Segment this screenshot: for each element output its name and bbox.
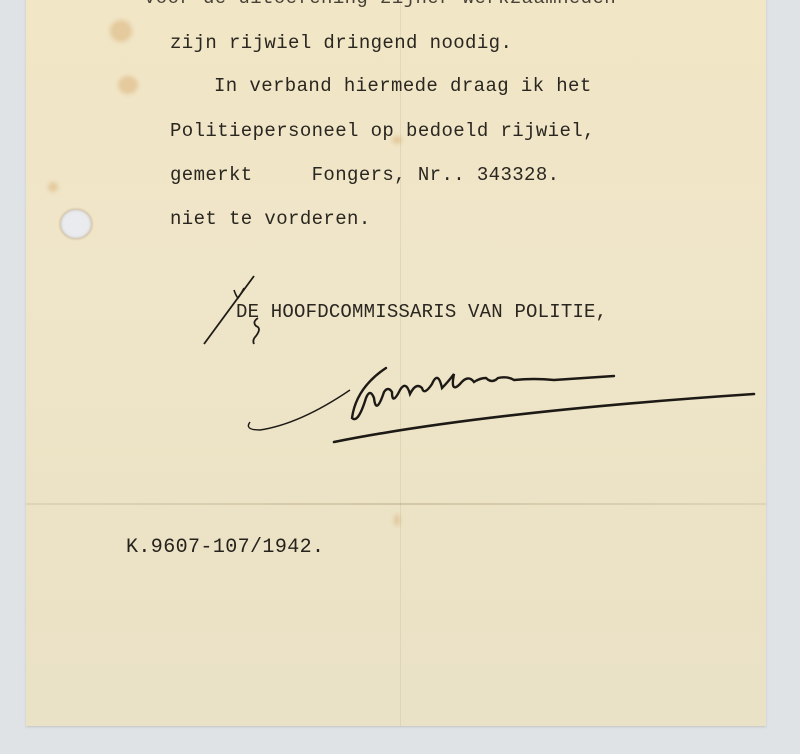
- body-line-2: zijn rijwiel dringend noodig.: [170, 32, 512, 54]
- stain: [394, 514, 400, 526]
- stain: [110, 20, 132, 42]
- body-line-1: voor de uitoefening zijner werkzaamheden: [144, 0, 616, 9]
- body-line-4: Politiepersoneel op bedoeld rijwiel,: [170, 120, 595, 142]
- body-line-6: niet te vorderen.: [170, 208, 371, 230]
- reference-number: K.9607-107/1942.: [126, 536, 324, 559]
- document-page: voor de uitoefening zijner werkzaamheden…: [26, 0, 766, 726]
- stain: [48, 182, 58, 192]
- horizontal-fold-line: [26, 503, 766, 505]
- stain: [118, 76, 138, 94]
- punch-hole: [60, 209, 92, 239]
- body-line-5: gemerkt Fongers, Nr.. 343328.: [170, 164, 559, 186]
- body-line-3: In verband hiermede draag ik het: [214, 75, 592, 97]
- signature-title: DE HOOFDCOMMISSARIS VAN POLITIE,: [236, 301, 607, 323]
- signature: [246, 360, 746, 450]
